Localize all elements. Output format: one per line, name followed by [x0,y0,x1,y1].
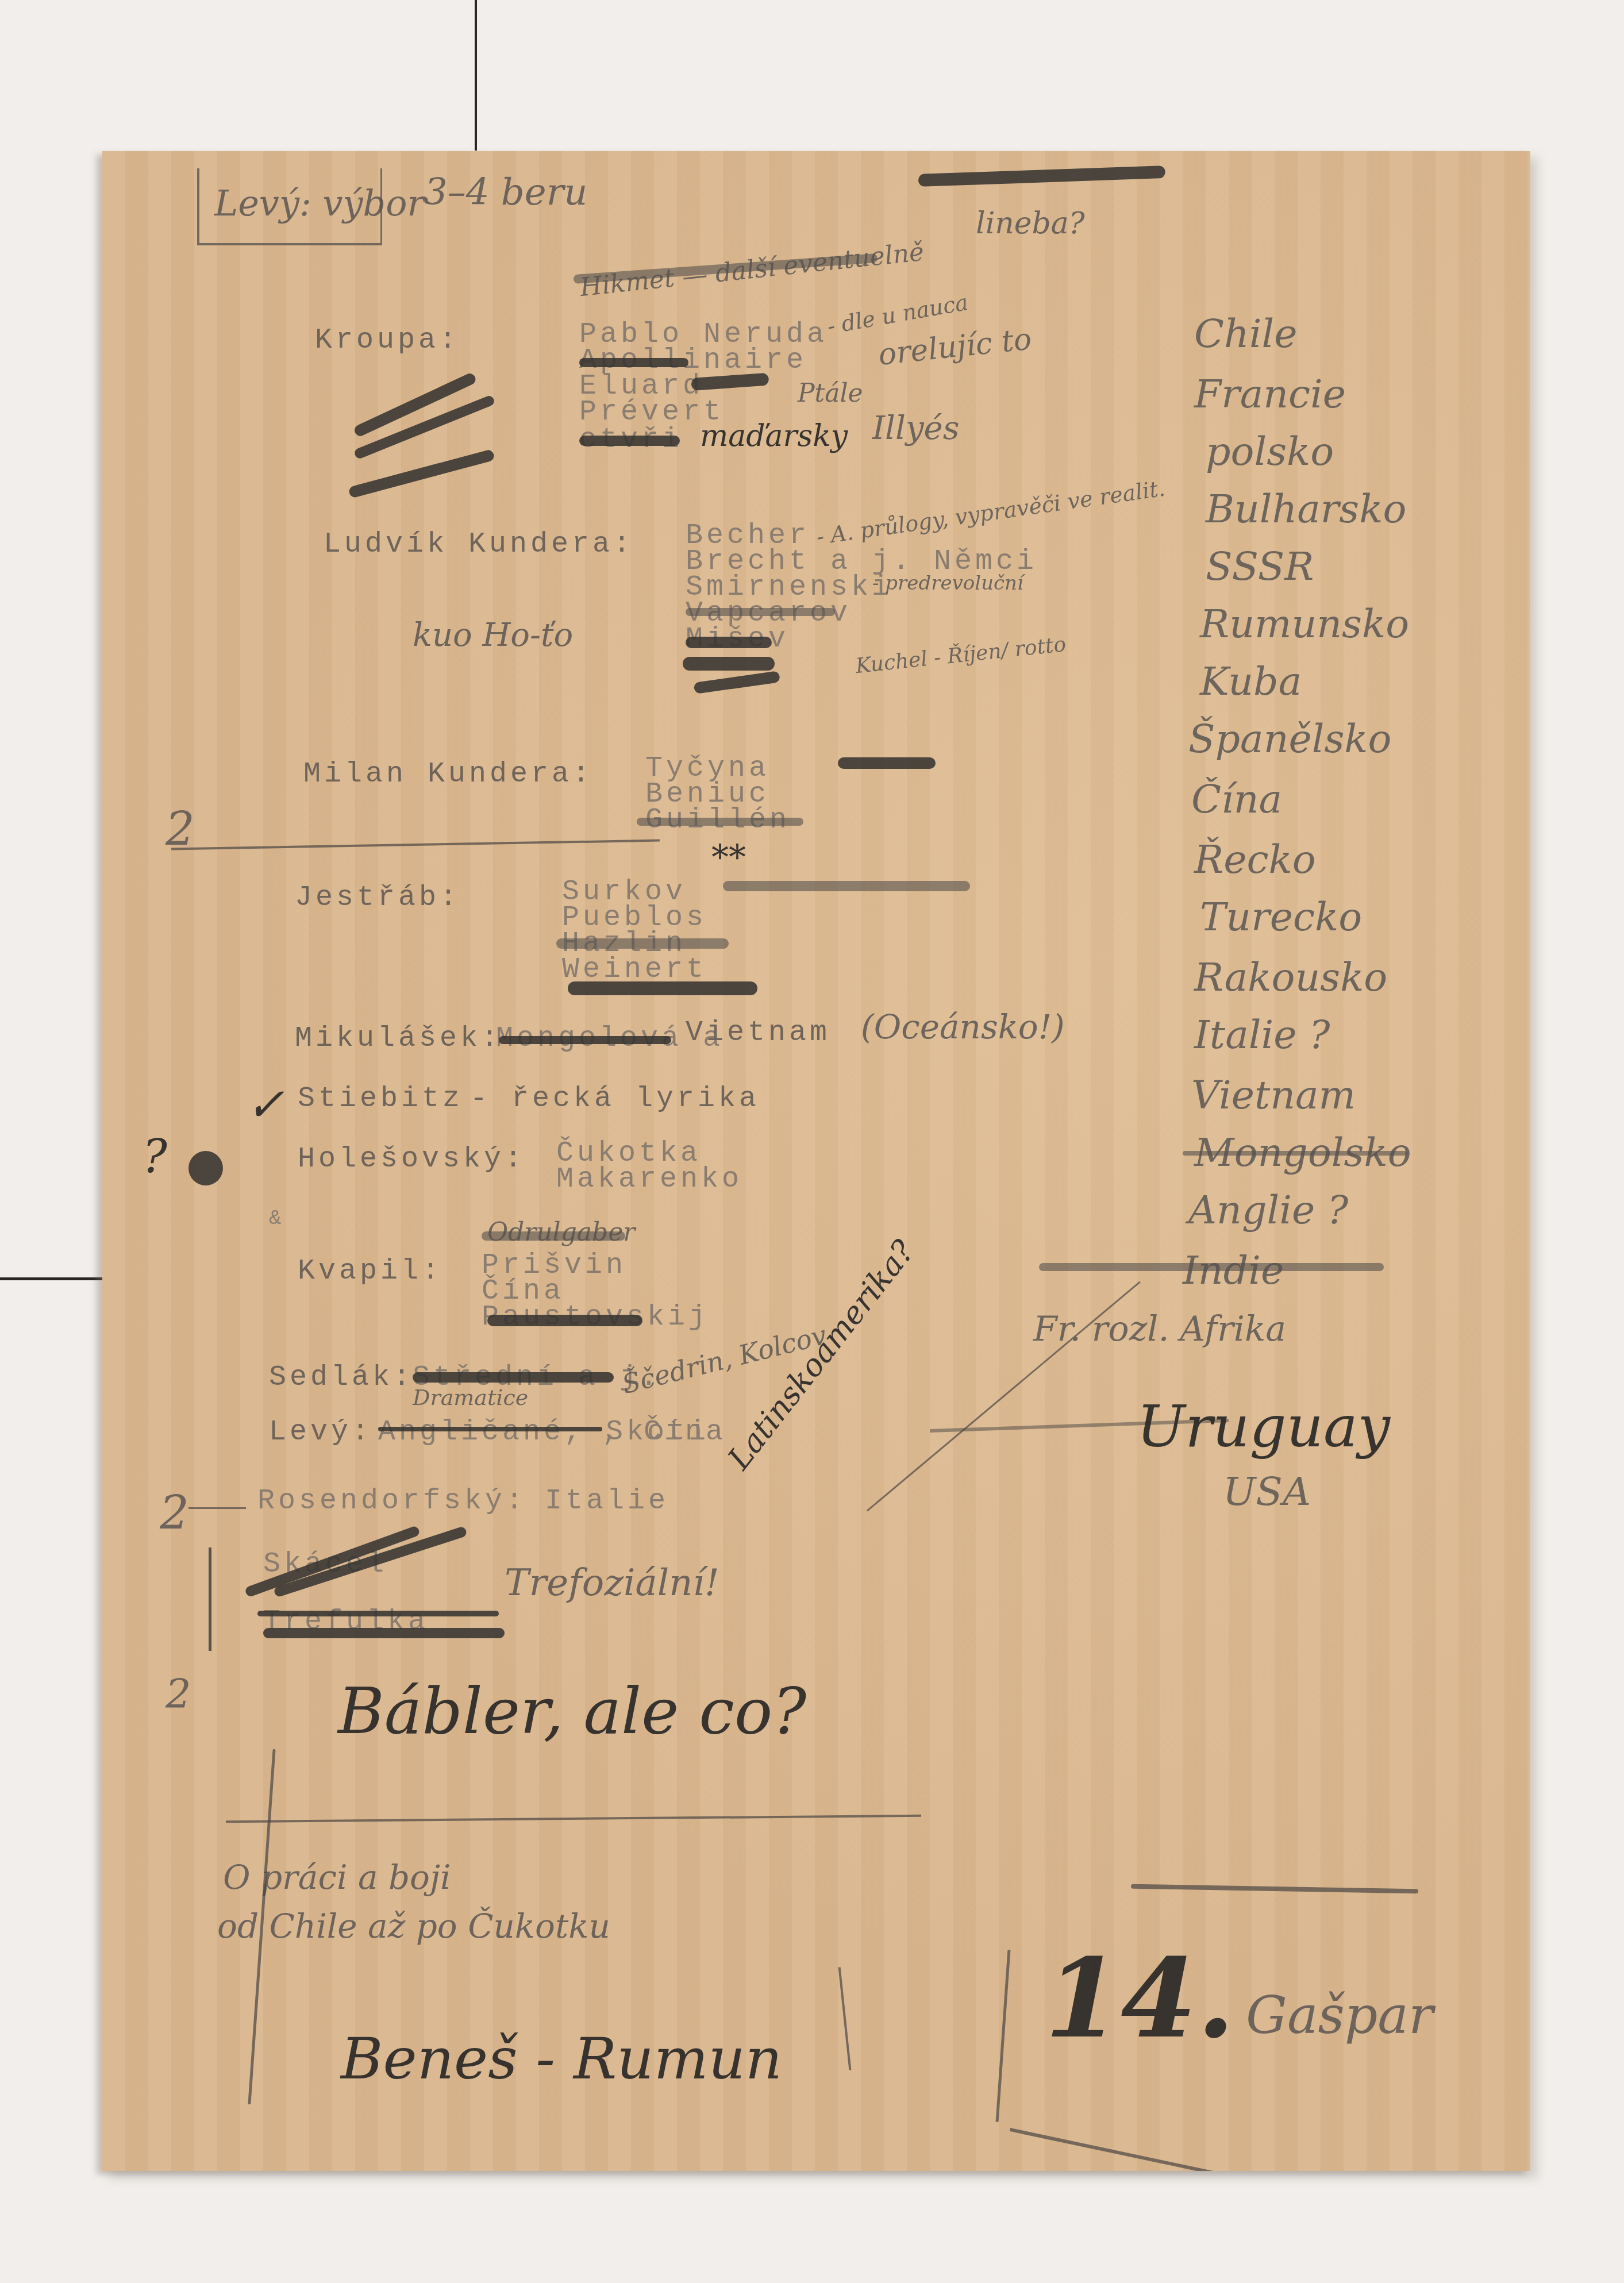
country-rumunsko: Rumunsko [1200,605,1409,644]
jestrab-item-1-note-strike [723,881,970,891]
milan-item-1-note-strike [838,757,936,769]
country-vietnam: Vietnam [1191,1076,1356,1115]
crop-mark-vertical [475,0,477,151]
holesovsky-question: ? [143,1134,167,1180]
country-rakousko: Rakousko [1194,958,1387,998]
levy-item-2: , Čína [602,1418,726,1447]
kroupa-item-4-note: Ptále [798,381,863,406]
country-usa: USA [1223,1473,1311,1512]
country-uruguay: Uruguay [1137,1398,1390,1456]
milan-connector-line [171,840,660,850]
mikulasek-item-2-note: (Oceánsko!) [861,1010,1065,1044]
translator-sedlak: Sedlák: [269,1364,414,1392]
milan-item-3-strike [637,818,803,826]
country-italie: Italie ? [1194,1016,1330,1055]
country-afrika: Fr. rozl. Afrika [1033,1312,1286,1346]
translator-milan-kundera: Milan Kundera: [303,760,593,789]
ludvik-item-4-strike [686,608,835,616]
jestrab-item-5-strike [568,981,757,995]
country-turecko: Turecko [1200,898,1362,937]
ludvik-note-ho: kuo Ho-ťo [413,619,573,652]
boxed-text: Gašpar [1246,1990,1433,2042]
kroupa-item-2-strike [579,358,688,367]
country-recko: Řecko [1194,841,1316,880]
country-kuba: Kuba [1200,663,1302,702]
kroupa-left-scribble-3 [348,449,495,499]
stiebitz-item-1: - řecká lyrika [470,1085,760,1114]
kvapil-item-1-strike [482,1231,625,1241]
country-anglie: Anglie ? [1188,1191,1348,1230]
header-question-note: lineba? [976,209,1085,238]
kroupa-note-orelujic: orelujíc to [877,324,1033,370]
bottom-divider [226,1815,921,1823]
translator-rosendorfsky: Rosendorfský: [257,1487,526,1516]
ludvik-item-1-note: - A. průlogy, vypravěči ve realit. [815,478,1166,548]
header-count-note: 3–4 beru [424,174,587,211]
kroupa-note-illyes: Illyés [872,413,959,445]
translator-levy: Levý: [269,1418,372,1447]
holesovsky-scribble [188,1151,223,1185]
rosendorfsky-item-1: Italie [545,1487,669,1516]
translator-kroupa: Kroupa: [315,326,460,355]
ludvik-item-5-strike [686,637,772,648]
ludvik-item-3-note: - predrevoluční [872,573,1023,593]
translator-holesovsky: Holešovský: [298,1145,525,1174]
skacel-note: Trefoziální! [505,1565,719,1601]
mikulasek-item-2: Vietnam [686,1019,830,1048]
box-top-line [1131,1884,1418,1894]
bottom-vertical-tick [838,1967,852,2070]
jestrab-stars: ** [711,841,746,875]
sedlak-item-1-strike [413,1372,614,1383]
bottom-question: Bábler, ale co? [338,1680,806,1743]
country-spanelsko: Španělsko [1188,720,1391,759]
header-boxed-note: Levý: výbor [214,186,424,221]
levy-item-1-note: Dramatice [413,1387,528,1408]
trefulka-strike-1 [257,1611,499,1616]
country-bulharsko: Bulharsko [1206,490,1406,529]
country-polsko: polsko [1206,433,1334,472]
box-left-line [996,1950,1011,2122]
country-indie-strike [1039,1263,1384,1271]
country-chile: Chile [1194,315,1298,354]
stiebitz-checkmark: ✓ [246,1082,284,1128]
bottom-theme-line-1: O práci a boji [223,1861,451,1894]
ludvik-item-6-strike [683,657,775,671]
box-bottom-line [1010,2128,1236,2171]
bottom-left-mark-1: 2 [166,1674,191,1714]
translator-jestrab: Jestřáb: [295,884,460,913]
jestrab-item-3-strike [556,938,729,949]
bottom-theme-line-2: od Chile až po Čukotku [217,1909,610,1943]
translator-stiebitz: Stiebitz [298,1085,463,1114]
skacel-margin-bar [209,1547,211,1651]
country-sssr: SSSR [1206,548,1314,587]
country-mongolsko-strike [1183,1151,1407,1156]
boxed-number: 14. [1045,1944,1235,2053]
country-cina: Čína [1191,780,1282,819]
translator-ludvik-kundera: Ludvík Kundera: [324,530,634,559]
levy-item-1-strike [378,1427,602,1431]
kvapil-item-4-strike [487,1315,642,1326]
mikulasek-item-1-strike [499,1036,671,1044]
ludvik-item-7-strike [694,671,780,694]
milan-margin-mark: 2 [166,806,195,852]
rosendorfsky-mark: 2 [160,1490,189,1536]
trefulka-strike-2 [263,1628,505,1638]
bottom-signature-line: Beneš - Rumun [341,2030,782,2088]
kroupa-item-5-strike [579,436,680,446]
kroupa-item-5-note: maďarsky [700,421,848,451]
country-francie: Francie [1194,375,1346,414]
jestrab-item-4: Weinert [562,956,707,984]
crop-mark-horizontal [0,1277,103,1280]
country-indie: Indie [1183,1252,1284,1291]
translator-kvapil: Kvapil: [298,1257,442,1286]
holesovsky-ampersand: & [269,1208,285,1229]
ludvik-note-kuchel: Kuchel - Říjen/ rotto [855,634,1067,677]
header-strikeout [918,165,1166,187]
rosendorfsky-connector [188,1507,246,1509]
holesovsky-item-2: Makarenko [556,1165,742,1194]
document-sheet: Levý: výbor 3–4 beru lineba? Hikmet — da… [102,151,1530,2171]
translator-mikulasek: Mikulášek: [295,1025,502,1053]
